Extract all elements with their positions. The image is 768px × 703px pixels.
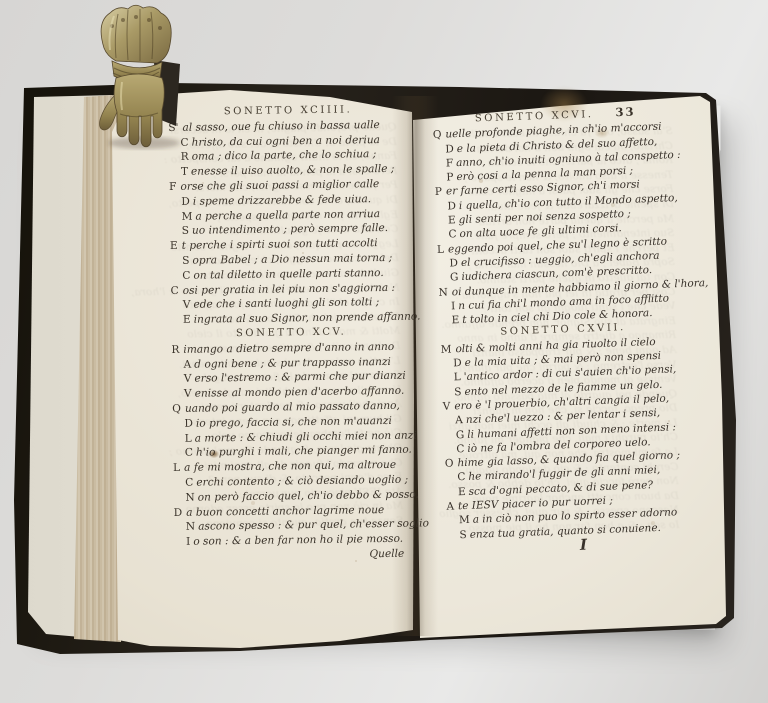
verse-initial: E: [448, 214, 456, 226]
verse-initial: N: [438, 286, 448, 298]
photo-open-antique-book: Quelle profonde piaghe, in ch'io m'accor…: [0, 0, 768, 703]
verse-initial: V: [183, 299, 191, 311]
verse-text: erchi contento ; & ciò desiando uoglio ;: [196, 474, 408, 489]
verse-initial: P: [435, 186, 443, 198]
verse-initial: L: [454, 371, 461, 383]
sonnet-lines: Rimango a dietro sempre d'anno in annoAd…: [171, 339, 414, 549]
verse-initial: L: [173, 462, 180, 474]
verse-initial: N: [186, 521, 195, 533]
verse-initial: F: [446, 157, 454, 169]
verse-initial: C: [457, 471, 465, 483]
verse-initial: M: [440, 343, 451, 355]
verse-initial: L: [185, 432, 192, 444]
verse-initial: Q: [172, 403, 181, 415]
verse-initial: O: [445, 458, 454, 470]
left-page-text: SONETTO XCIIII. S'al sasso, oue fu chius…: [168, 103, 414, 565]
verse-initial: R: [171, 344, 179, 356]
verse-initial: F: [169, 181, 177, 193]
verse-initial: C: [185, 447, 193, 459]
verse-initial: M: [459, 514, 470, 526]
verse-initial: L: [437, 243, 444, 255]
verse-text: on tal diletto in quelle parti stanno.: [193, 267, 383, 282]
verse-initial: D: [449, 257, 458, 269]
verse-initial: M: [181, 210, 192, 222]
verse-initial: D: [447, 200, 456, 212]
verse-initial: A: [184, 358, 192, 370]
verse-initial: T: [181, 166, 188, 178]
verse-initial: E: [183, 314, 191, 326]
verse-initial: D: [174, 506, 183, 518]
verse-initial: D: [181, 195, 190, 207]
brass-hand-clasp: [92, 2, 192, 152]
verse-text: h'io purghi i mali, che pianger mi fanno…: [196, 444, 412, 459]
sonnet-lines: Molti & molti anni ha gia riuolto il cie…: [440, 334, 693, 543]
verse-initial: A: [446, 500, 454, 512]
hand-highlight: [121, 82, 122, 110]
verse-initial: C: [448, 229, 456, 241]
verse-initial: C: [456, 443, 464, 455]
sonnet-lines: S'al sasso, oue fu chiuso in bassa ualle…: [168, 117, 411, 327]
verse-text: t perche i spirti suoi son tutti accolti: [182, 237, 378, 252]
verse-text: erso l'estremo : & parmi che pur dianzi: [194, 370, 405, 385]
verse-initial: S: [182, 255, 189, 267]
folio-number: 33: [615, 105, 636, 120]
verse-text: ingrata al suo Signor, non prende affann…: [194, 311, 421, 326]
clasp-cuff: [101, 5, 171, 63]
verse-initial: D: [453, 357, 462, 369]
verse-text: uo intendimento ; però sempre falle.: [192, 222, 388, 237]
verse-initial: V: [443, 400, 451, 412]
verse-initial: S: [459, 529, 467, 541]
verse-initial: G: [456, 429, 465, 441]
verse-initial: Q: [433, 129, 442, 141]
verse-initial: R: [181, 151, 189, 163]
verse-initial: C: [185, 477, 193, 489]
verse-initial: C: [182, 269, 190, 281]
verse-initial: V: [184, 388, 192, 400]
verse-initial: V: [184, 373, 192, 385]
verse-initial: A: [455, 414, 463, 426]
verse-initial: P: [446, 171, 454, 183]
verse-text: hristo, da cui ogni ben a noi deriua: [192, 134, 380, 149]
verse-text: on però faccio quel, ch'io debbo & posso…: [198, 488, 419, 503]
verse-text: a morte : & chiudi gli occhi miei non an…: [195, 429, 417, 444]
right-page-text: SONETTO XCVI. 33 Quelle profonde piaghe,…: [432, 103, 694, 557]
verse-text: a fe mi mostra, che non qui, ma altroue: [184, 459, 396, 474]
verse-text: al sasso, oue fu chiuso in bassa ualle: [182, 119, 379, 134]
sonnet-lines: Quelle profonde piaghe, in ch'io m'accor…: [433, 119, 686, 328]
verse-initial: S: [182, 225, 189, 237]
verse-text: a buon concetti anchor lagrime noue: [186, 504, 384, 519]
verse-text: o son : & a ben far non ho il pie mosso.: [193, 533, 403, 548]
verse-initial: C: [170, 284, 178, 296]
verse-initial: D: [184, 417, 193, 429]
verse-text: orse che gli suoi passi a miglior calle: [180, 178, 379, 193]
verse-initial: D: [445, 143, 454, 155]
verse-text: ede che i santi luoghi gli son tolti ;: [193, 296, 379, 311]
verse-text: osi per gratia in lei piu non s'aggiorna…: [183, 281, 396, 296]
verse-initial: E: [170, 240, 178, 252]
verse-text: i speme drizzarebbe & fede uiua.: [193, 193, 371, 207]
verse-text: ascono spesso : & pur quel, ch'esser sog…: [198, 518, 429, 533]
verse-text: io prego, faccia si, che non m'auanzi: [196, 415, 392, 430]
verse-initial: N: [185, 491, 194, 503]
verse-initial: E: [458, 486, 466, 498]
verse-text: oma ; dico la parte, che lo schiua ;: [192, 148, 377, 163]
verse-text: a perche a quella parte non arriua: [195, 208, 380, 223]
verse-initial: I: [451, 300, 456, 312]
foxing-spots: [0, 0, 2, 2]
verse-text: enesse il uiso auolto, & non le spalle ;: [191, 163, 395, 178]
verse-initial: G: [450, 271, 459, 283]
verse-initial: S: [454, 386, 462, 398]
verse-text: uando poi guardo al mio passato danno,: [185, 400, 400, 415]
verse-text: enisse al mondo pien d'acerbo affanno.: [195, 385, 405, 400]
verse-text: d ogni bene ; & pur trappasso inanzi: [194, 355, 391, 370]
verse-initial: E: [451, 314, 459, 326]
verse-text: imango a dietro sempre d'anno in anno: [183, 341, 394, 356]
verse-initial: I: [186, 536, 190, 548]
verse-text: opra Babel ; a Dio nessun mai torna ;: [192, 252, 392, 267]
